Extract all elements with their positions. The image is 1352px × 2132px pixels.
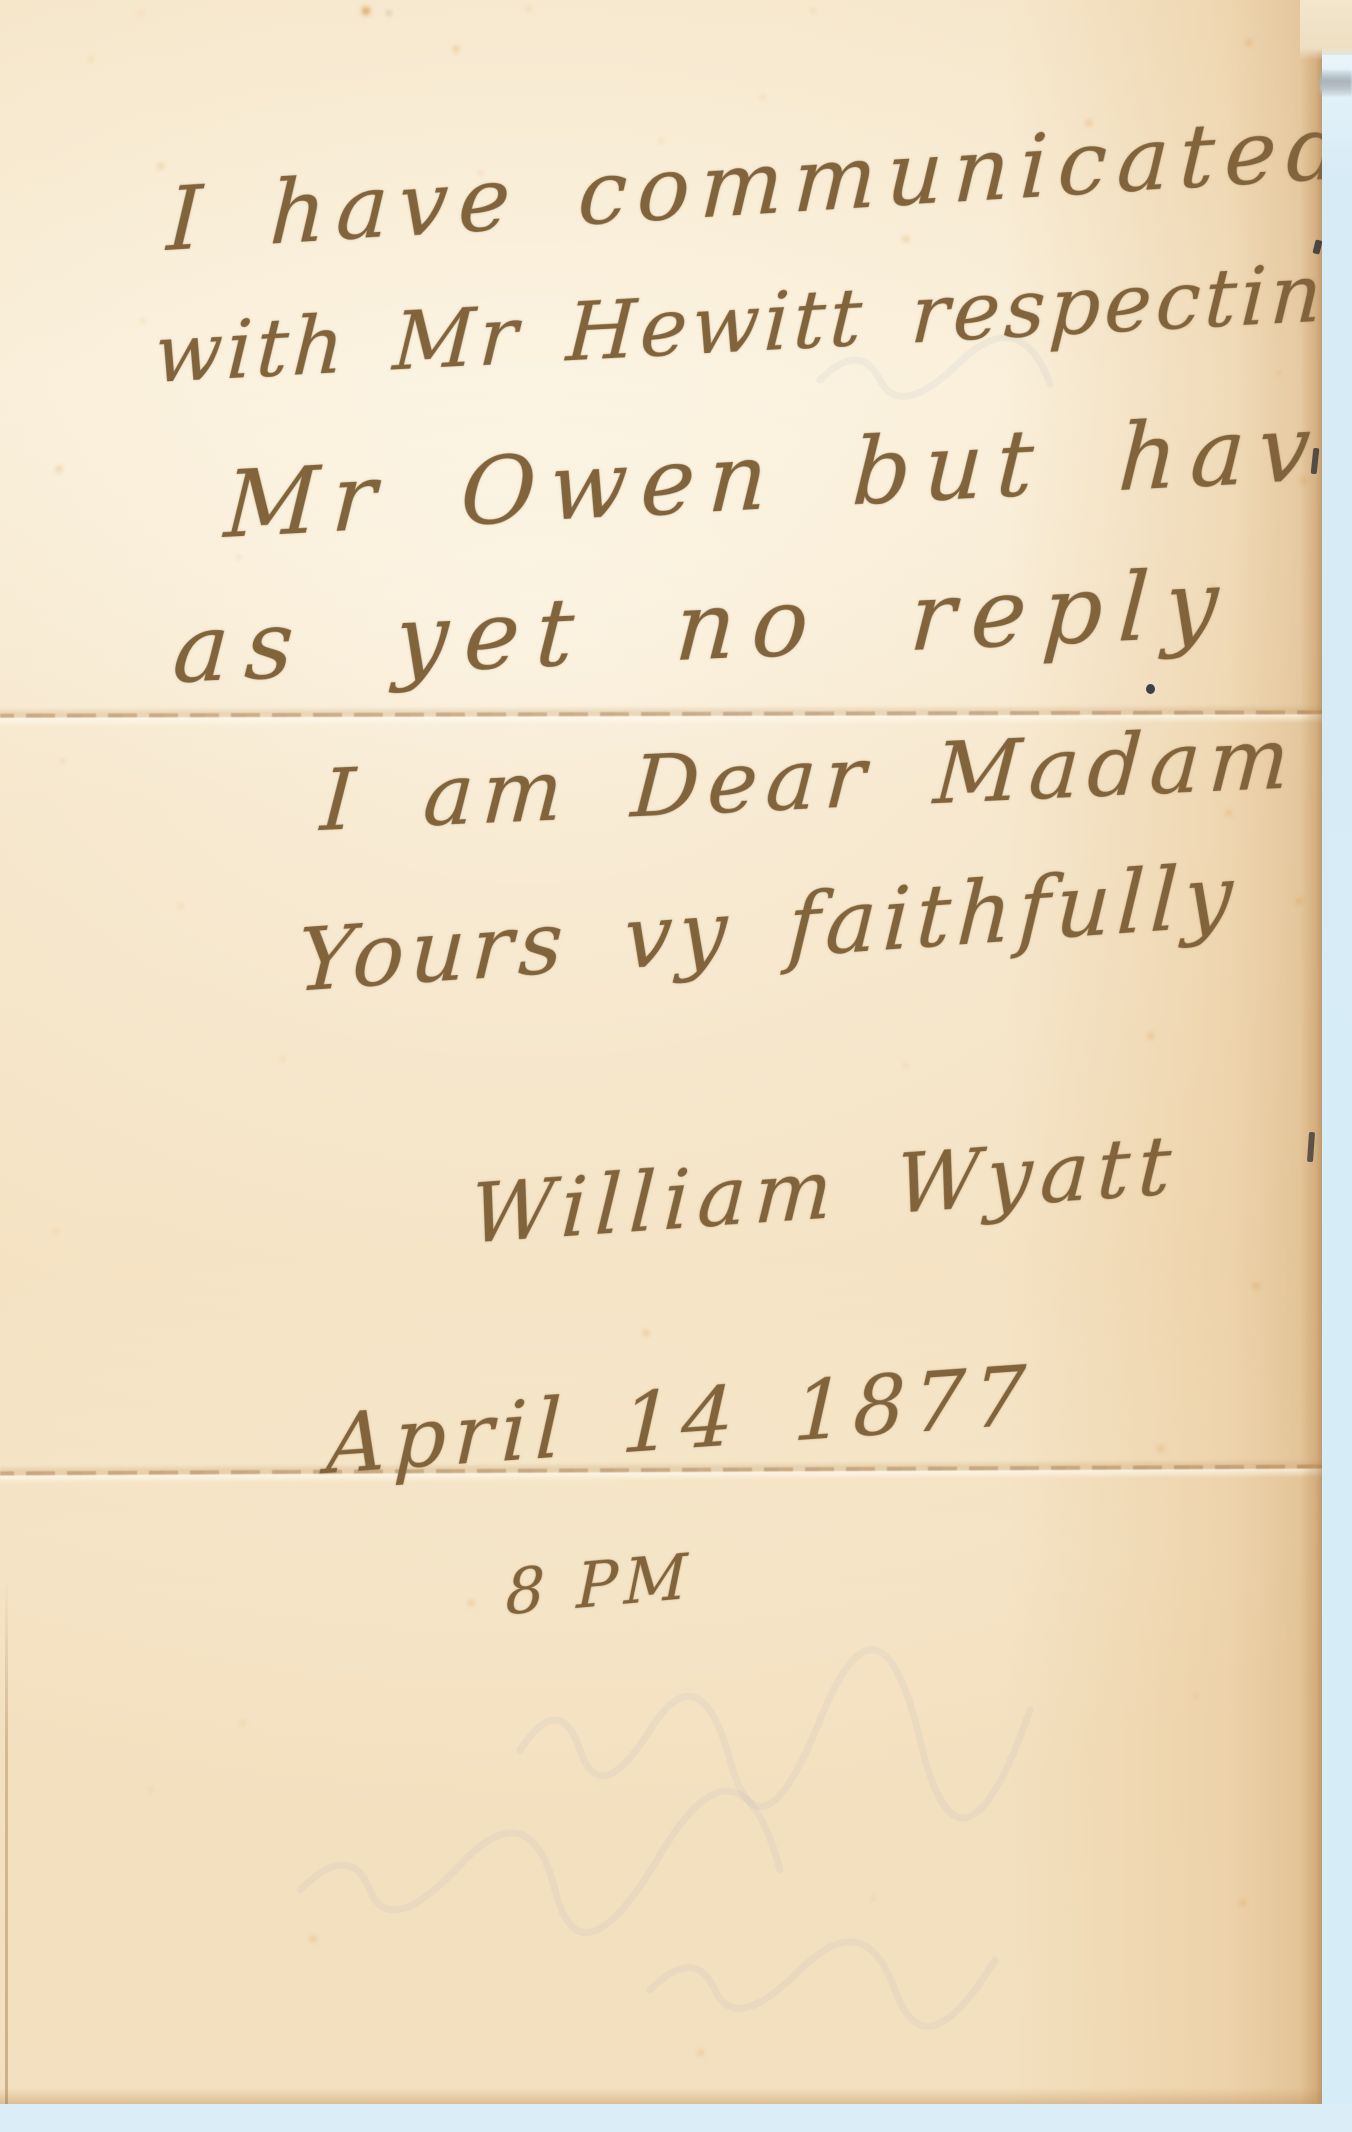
scanner-lid-shadow — [1320, 70, 1352, 96]
paper-bottom-edge — [0, 2088, 1322, 2104]
valediction-line: Yours vy faithfully — [295, 846, 1241, 1012]
letter-paper: I have communicated with Mr Hewitt respe… — [0, 0, 1322, 2104]
scanner-bed-right-strip — [1322, 55, 1352, 2132]
foxing-spots — [0, 0, 2, 2]
paper-top-right-flap — [1300, 0, 1352, 60]
paper-left-edge — [5, 1580, 8, 2104]
letter-line: I have communicated — [165, 95, 1352, 271]
letter-line: as yet no reply — [170, 549, 1237, 705]
ink-speck — [1146, 684, 1155, 694]
letter-line: Mr Owen but have — [222, 390, 1352, 559]
salutation-close-line: I am Dear Madam — [318, 709, 1300, 851]
scanner-bed-bottom-strip — [0, 2104, 1352, 2132]
scanned-letter-page: { "page": { "kind": "scanned handwritten… — [0, 0, 1352, 2132]
letter-line: with Mr Hewitt respecting — [152, 243, 1352, 401]
signature: William Wyatt — [468, 1118, 1181, 1263]
time-note: 8 PM — [505, 1539, 694, 1629]
